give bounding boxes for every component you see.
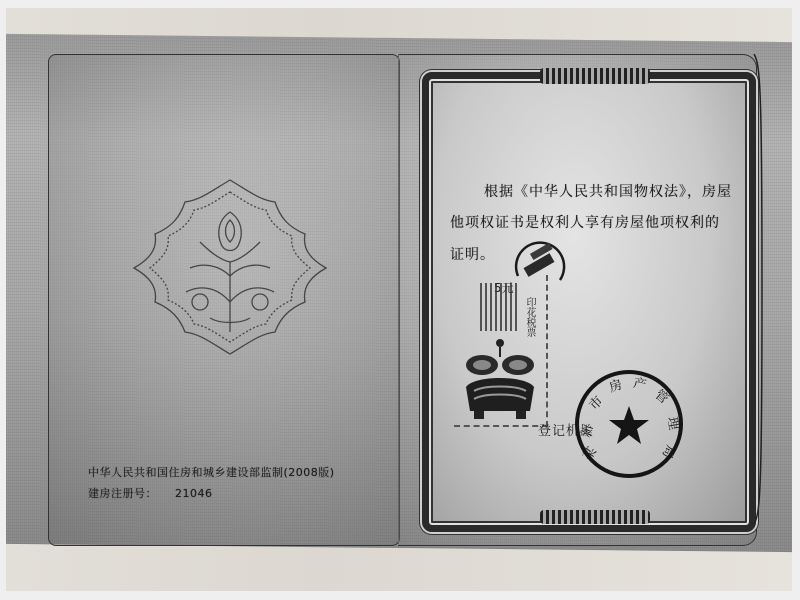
center-fold [398,54,399,544]
stamp-microtext [480,283,518,331]
top-ornament [540,68,650,84]
bottom-ornament [540,510,650,524]
certificate-text-line-1: 根据《中华人民共和国物权法》，房屋 [484,181,766,201]
issuer-footer: 中华人民共和国住房和城乡建设部监制(2008版) [88,464,335,480]
certificate-text-line-3: 证明。 [450,244,732,264]
official-seal-icon: 某 新 市 房 产 管 理 局 [573,368,685,480]
certificate-text-line-2: 他项权证书是权利人享有房屋他项权利的 [450,212,732,232]
svg-text:理: 理 [664,416,681,431]
registration-number: 21046 [175,487,213,500]
stamp-duty-tax-stamp: 5元 印花税票 [454,275,548,427]
registration-number-label: 建房注册号： [88,487,157,500]
lotus-emblem-icon [130,172,330,358]
back-cover-edge [752,54,766,524]
flower-basket-icon [460,337,540,421]
registration-number-line: 建房注册号：21046 [88,485,213,501]
stamp-label: 印花税票 [522,297,536,337]
